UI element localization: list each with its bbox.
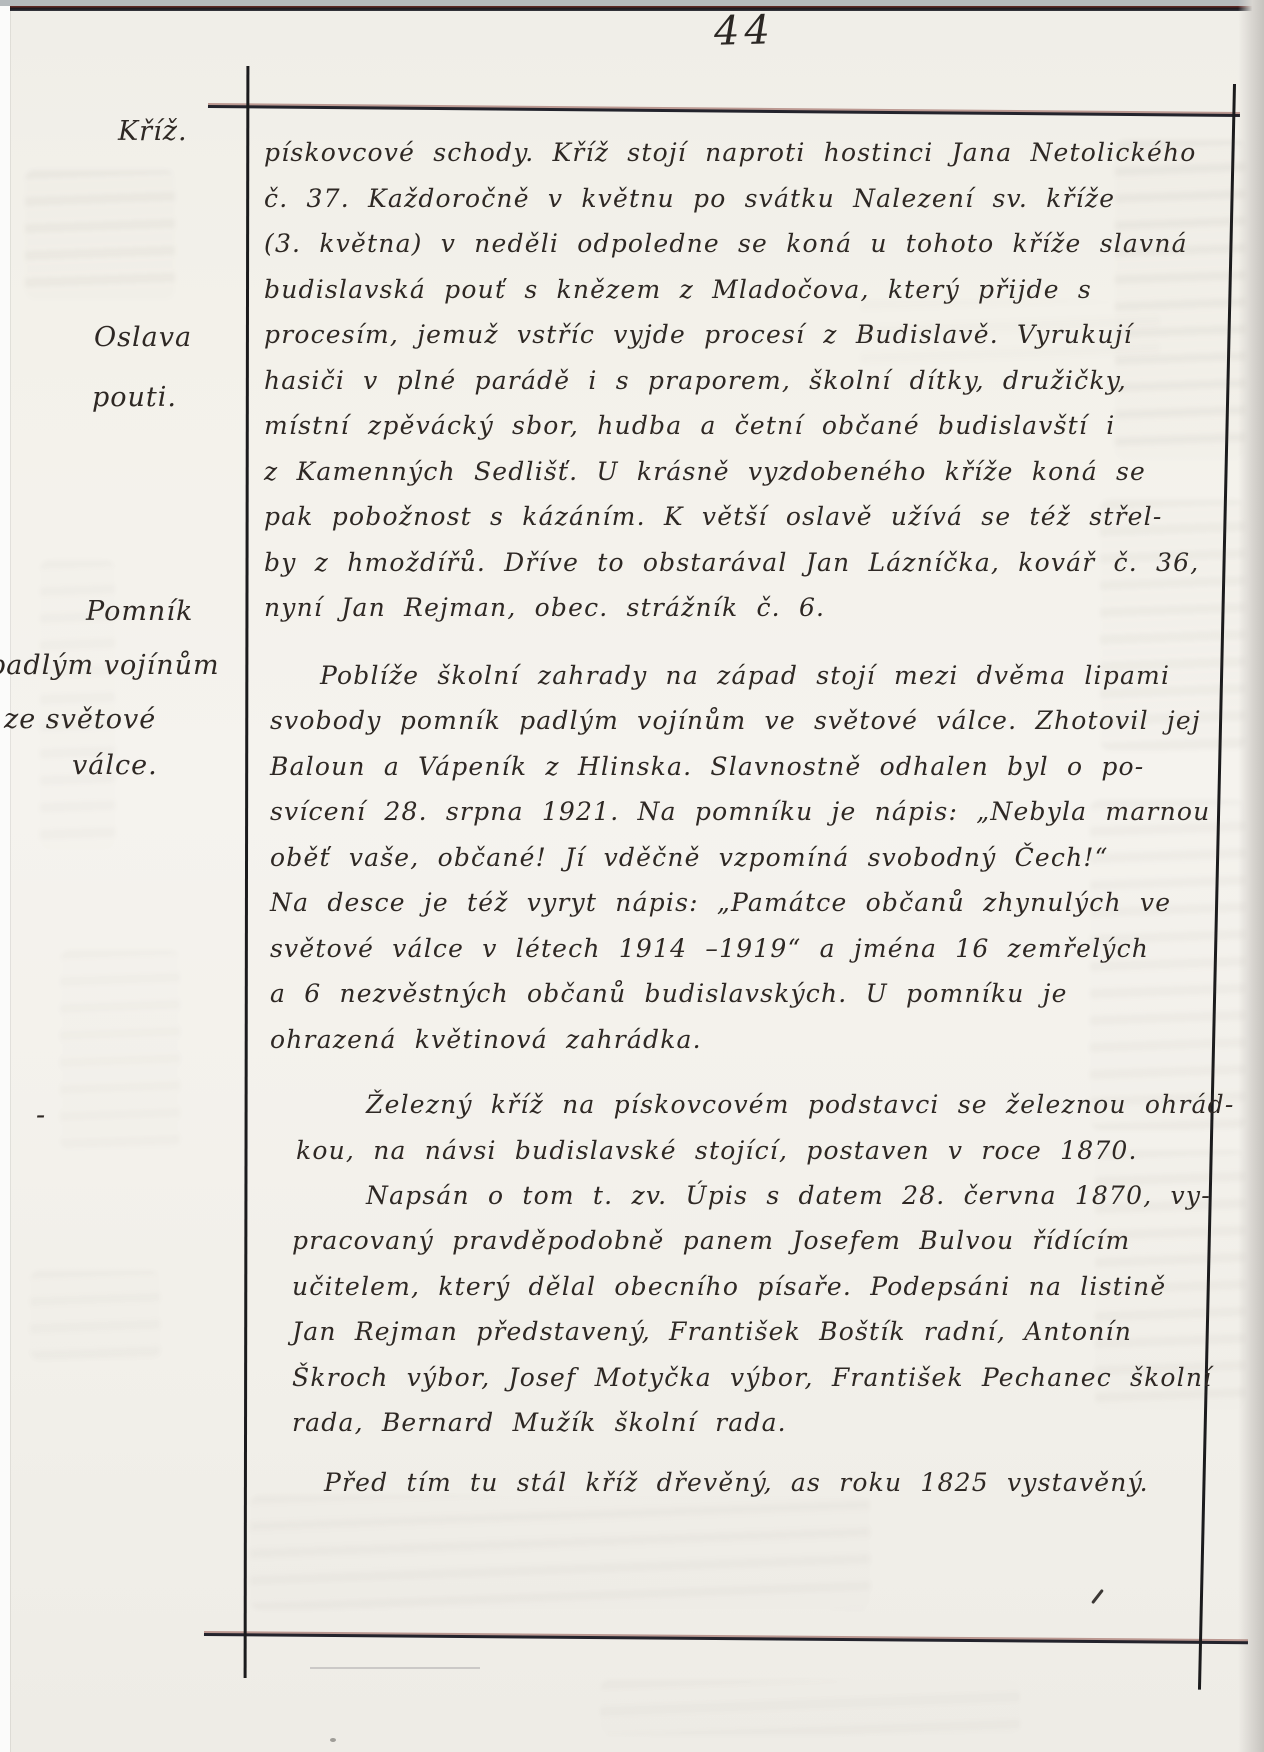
text-line: ohrazená květinová zahrádka.	[264, 1017, 1254, 1063]
stray-ink-tick	[1091, 1589, 1104, 1604]
text-line: svícení 28. srpna 1921. Na pomníku je ná…	[264, 789, 1254, 835]
text-line: by z hmoždířů. Dříve to obstarával Jan L…	[264, 540, 1254, 586]
margin-note: pouti.	[92, 382, 177, 413]
text-line: pískovcové schody. Kříž stojí naproti ho…	[264, 130, 1254, 176]
text-line: místní zpěvácký sbor, hudba a četní obča…	[264, 403, 1254, 449]
text-line: Před tím tu stál kříž dřevěný, as roku 1…	[264, 1460, 1254, 1506]
text-line: nyní Jan Rejman, obec. strážník č. 6.	[264, 585, 1254, 631]
margin-note: ze světové	[4, 704, 156, 735]
margin-note: padlým vojínům	[0, 650, 220, 681]
bleed-through-smudge	[250, 1495, 870, 1610]
stray-dot	[330, 1738, 336, 1742]
page-top-edge	[8, 6, 1264, 11]
text-line: pracovaný pravděpodobně panem Josefem Bu…	[264, 1218, 1254, 1264]
text-line: Poblíže školní zahrady na západ stojí me…	[264, 653, 1254, 699]
faint-pencil-line	[310, 1667, 480, 1669]
bleed-through-smudge	[600, 1680, 1020, 1735]
handwritten-body: pískovcové schody. Kříž stojí naproti ho…	[264, 130, 1254, 1505]
margin-note: Oslava	[94, 322, 192, 353]
text-line: Napsán o tom t. zv. Úpis s datem 28. čer…	[264, 1173, 1254, 1219]
text-line: z Kamenných Sedlišť. U krásně vyzdobenéh…	[264, 449, 1254, 495]
text-line: hasiči v plné parádě i s praporem, školn…	[264, 358, 1254, 404]
text-line: budislavská pouť s knězem z Mladočova, k…	[264, 267, 1254, 313]
text-line: rada, Bernard Mužík školní rada.	[264, 1400, 1254, 1446]
text-line: procesím, jemuž vstříc vyjde procesí z B…	[264, 312, 1254, 358]
text-line: Železný kříž na pískovcovém podstavci se…	[264, 1082, 1254, 1128]
scan-edge-left	[0, 6, 10, 1752]
text-line: kou, na návsi budislavské stojící, posta…	[264, 1128, 1254, 1174]
bleed-through-smudge	[60, 950, 180, 1150]
margin-rule-left	[244, 66, 250, 1678]
margin-note: Kříž.	[118, 116, 188, 147]
text-line: Škroch výbor, Josef Motyčka výbor, Frant…	[264, 1355, 1254, 1401]
text-line: pak pobožnost s kázáním. K větší oslavě …	[264, 494, 1254, 540]
bleed-through-smudge	[30, 1270, 160, 1360]
text-line: a 6 nezvěstných občanů budislavských. U …	[264, 971, 1254, 1017]
text-line: (3. května) v neděli odpoledne se koná u…	[264, 221, 1254, 267]
text-line: svobody pomník padlým vojínům ve světové…	[264, 698, 1254, 744]
text-line: Jan Rejman představený, František Boštík…	[264, 1309, 1254, 1355]
text-line: Baloun a Vápeník z Hlinska. Slavnostně o…	[264, 744, 1254, 790]
text-line: učitelem, který dělal obecního písaře. P…	[264, 1264, 1254, 1310]
ruled-line-top	[208, 105, 1240, 117]
margin-note: Pomník	[86, 596, 193, 627]
page-number: 44	[713, 7, 775, 55]
ruled-line-bottom	[204, 1633, 1248, 1644]
text-line: Na desce je též vyryt nápis: „Památce ob…	[264, 880, 1254, 926]
text-line: oběť vaše, občané! Jí vděčně vzpomíná sv…	[264, 835, 1254, 881]
bleed-through-smudge	[25, 170, 175, 300]
margin-note: -	[36, 1100, 46, 1131]
scanned-chronicle-page: 44 Kříž.Oslavapouti.Pomníkpadlým vojínům…	[0, 0, 1264, 1752]
margin-note: válce.	[72, 750, 158, 781]
text-line: světové válce v létech 1914 –1919“ a jmé…	[264, 926, 1254, 972]
text-line: č. 37. Každoročně v květnu po svátku Nal…	[264, 176, 1254, 222]
